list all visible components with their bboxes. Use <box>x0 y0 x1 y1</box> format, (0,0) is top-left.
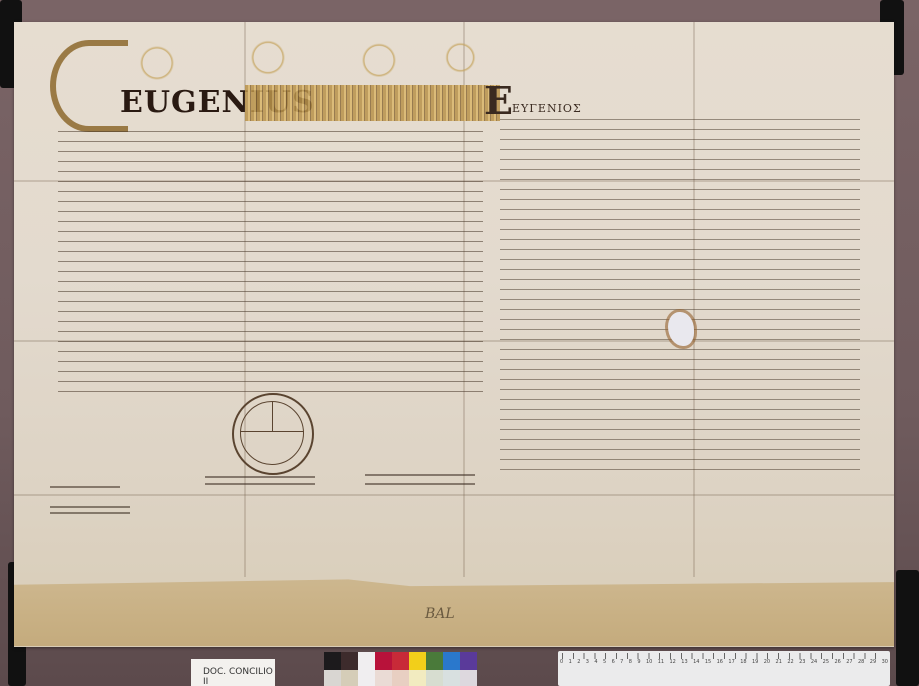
ruler-label: 14 <box>693 659 699 665</box>
scribe-signature: BAL <box>425 606 455 622</box>
ruler-label: 5 <box>603 659 606 665</box>
subscription-line <box>205 476 315 478</box>
swatch-top <box>358 652 375 670</box>
ruler-label: 30 <box>882 659 888 665</box>
color-swatch <box>460 652 477 686</box>
ruler-label: 2 <box>577 659 580 665</box>
swatch-top <box>426 652 443 670</box>
papal-rota-sign <box>232 393 314 475</box>
swatch-bottom <box>460 670 477 686</box>
ruler-label: 17 <box>728 659 734 665</box>
illuminated-initial-e <box>50 40 128 132</box>
ruler-label: 11 <box>658 659 664 665</box>
swatch-bottom <box>341 670 358 686</box>
swatch-top <box>443 652 460 670</box>
ruler-labels: 0123456789101112131415161718192021222324… <box>560 659 888 665</box>
ruler-label: 4 <box>594 659 597 665</box>
swatch-bottom <box>392 670 409 686</box>
latin-text-block <box>58 124 483 394</box>
swatch-bottom <box>358 670 375 686</box>
swatch-bottom <box>426 670 443 686</box>
ruler-label: 23 <box>799 659 805 665</box>
color-swatch <box>358 652 375 686</box>
measurement-ruler: 0123456789101112131415161718192021222324… <box>558 651 890 686</box>
subscription-line <box>50 486 120 488</box>
ruler-label: 0 <box>560 659 563 665</box>
subscription-line <box>50 512 130 514</box>
swatch-bottom <box>443 670 460 686</box>
color-swatch <box>324 652 341 686</box>
subscription-line <box>365 483 475 485</box>
subscription-line <box>365 474 475 476</box>
color-swatch <box>409 652 426 686</box>
archive-label-card: DOC. CONCILIO II <box>191 659 275 686</box>
rota-cross-vertical <box>272 401 273 432</box>
ruler-label: 1 <box>569 659 572 665</box>
mounting-clip-bottom-right <box>896 570 919 686</box>
ruler-label: 24 <box>811 659 817 665</box>
ruler-label: 19 <box>752 659 758 665</box>
subscription-line <box>205 483 315 485</box>
archive-label-text: DOC. CONCILIO II <box>203 667 275 686</box>
ruler-label: 21 <box>776 659 782 665</box>
ruler-label: 12 <box>670 659 676 665</box>
color-swatch <box>341 652 358 686</box>
gold-elongated-letters <box>245 85 500 121</box>
ruler-label: 22 <box>787 659 793 665</box>
ruler-label: 27 <box>846 659 852 665</box>
ruler-label: 9 <box>637 659 640 665</box>
ruler-label: 8 <box>629 659 632 665</box>
gold-flourish-ornament <box>120 30 490 85</box>
color-swatch <box>426 652 443 686</box>
color-calibration-chart <box>324 652 477 686</box>
ruler-label: 18 <box>740 659 746 665</box>
ruler-label: 28 <box>858 659 864 665</box>
subscription-line <box>50 506 130 508</box>
color-swatch <box>443 652 460 686</box>
ruler-label: 26 <box>834 659 840 665</box>
ruler-label: 29 <box>870 659 876 665</box>
swatch-top <box>341 652 358 670</box>
swatch-top <box>392 652 409 670</box>
ruler-label: 7 <box>620 659 623 665</box>
parchment-hole-damage <box>668 312 694 346</box>
ruler-label: 16 <box>717 659 723 665</box>
fold-line <box>14 494 894 496</box>
greek-text-block <box>500 112 860 478</box>
ruler-label: 15 <box>705 659 711 665</box>
ruler-label: 3 <box>586 659 589 665</box>
swatch-bottom <box>375 670 392 686</box>
color-swatch <box>375 652 392 686</box>
color-swatch <box>392 652 409 686</box>
swatch-top <box>375 652 392 670</box>
swatch-bottom <box>324 670 341 686</box>
ruler-label: 25 <box>823 659 829 665</box>
ruler-label: 13 <box>681 659 687 665</box>
swatch-top <box>460 652 477 670</box>
ruler-label: 20 <box>764 659 770 665</box>
ruler-label: 6 <box>612 659 615 665</box>
swatch-top <box>409 652 426 670</box>
swatch-top <box>324 652 341 670</box>
ruler-label: 10 <box>646 659 652 665</box>
swatch-bottom <box>409 670 426 686</box>
